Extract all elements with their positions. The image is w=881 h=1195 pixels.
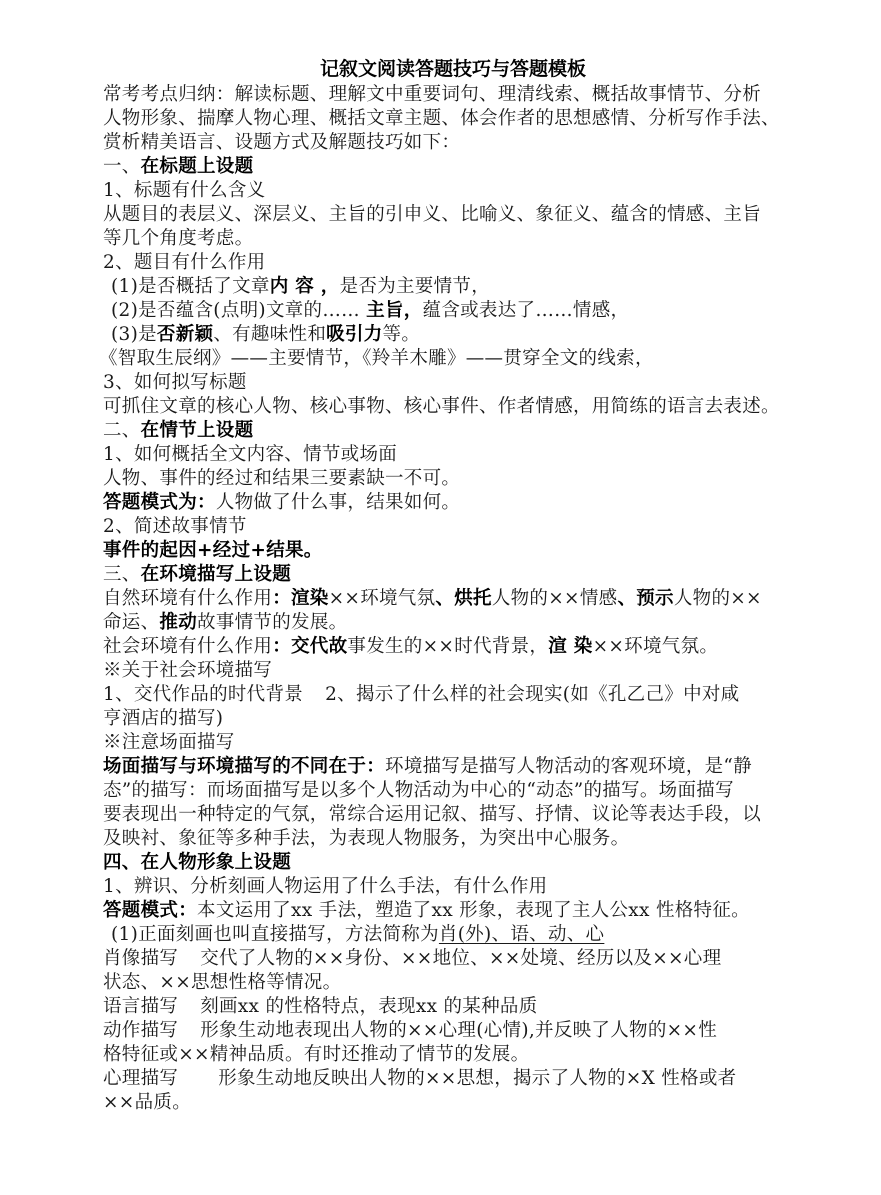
s4-portrait-line-2: 状态、××思想性格等情况。: [103, 971, 803, 995]
s4-action-line-1: 动作描写形象生动地表现出人物的××心理(心情),并反映了人物的××性: [103, 1019, 803, 1043]
s2-answer-2: 事件的起因+经过+结果。: [103, 539, 803, 563]
intro-line-2: 人物形象、揣摩人物心理、概括文章主题、体会作者的思想感情、分析写作手法、: [103, 107, 803, 131]
s4-point-1: (1)正面刻画也叫直接描写，方法简称为肖(外)、语、动、心: [103, 923, 803, 947]
s4-speech-line: 语言描写刻画xx 的性格特点，表现xx 的某种品质: [103, 995, 803, 1019]
s3-nature-line-2: 命运、推动故事情节的发展。: [103, 611, 803, 635]
s3-scene-line-1: 场面描写与环境描写的不同在于：环境描写是描写人物活动的客观环境，是“静: [103, 755, 803, 779]
s4-mind-line-2: ××品质。: [103, 1091, 803, 1115]
s1-question-1: 1、标题有什么含义: [103, 179, 803, 203]
s3-nature-line-1: 自然环境有什么作用：渲染××环境气氛、烘托人物的××情感、预示人物的××: [103, 587, 803, 611]
s4-action-line-2: 格特征或××精神品质。有时还推动了情节的发展。: [103, 1043, 803, 1067]
s4-mind-line-1: 心理描写形象生动地反映出人物的××思想，揭示了人物的×X 性格或者: [103, 1067, 803, 1091]
s3-society-line: 社会环境有什么作用：交代故事发生的××时代背景，渲 染××环境气氛。: [103, 635, 803, 659]
s1-point-2: (2)是否蕴含(点明)文章的…… 主旨，蕴含或表达了……情感，: [103, 299, 803, 323]
section-1-heading: 一、在标题上设题: [103, 155, 803, 179]
s1-answer-1a: 从题目的表层义、深层义、主旨的引申义、比喻义、象征义、蕴含的情感、主旨: [103, 203, 803, 227]
s3-scene-line-4: 及映衬、象征等多种手法，为表现人物服务，为突出中心服务。: [103, 827, 803, 851]
s3-note-1: ※关于社会环境描写: [103, 659, 803, 683]
s1-example: 《智取生辰纲》——主要情节，《羚羊木雕》——贯穿全文的线索，: [99, 347, 803, 371]
s2-answer-mode: 答题模式为：人物做了什么事，结果如何。: [103, 491, 803, 515]
section-3-heading: 三、在环境描写上设题: [103, 563, 803, 587]
document-page: 记叙文阅读答题技巧与答题模板 常考考点归纳：解读标题、理解文中重要词句、理清线索…: [103, 56, 803, 1115]
s4-portrait-line-1: 肖像描写交代了人物的××身份、××地位、××处境、经历以及××心理: [103, 947, 803, 971]
section-2-heading: 二、在情节上设题: [103, 419, 803, 443]
s2-question-1: 1、如何概括全文内容、情节或场面: [103, 443, 803, 467]
s2-answer-1: 人物、事件的经过和结果三要素缺一不可。: [103, 467, 803, 491]
s1-question-3: 3、如何拟写标题: [103, 371, 803, 395]
s1-question-2: 2、题目有什么作用: [103, 251, 803, 275]
section-4-heading: 四、在人物形象上设题: [103, 851, 803, 875]
s3-scene-line-2: 态”的描写：而场面描写是以多个人物活动为中心的“动态”的描写。场面描写: [103, 779, 803, 803]
s2-question-2: 2、简述故事情节: [103, 515, 803, 539]
s3-scene-line-3: 要表现出一种特定的气氛，常综合运用记叙、描写、抒情、议论等表达手段，以: [103, 803, 803, 827]
s3-note-1-cont: 亨酒店的描写): [103, 707, 803, 731]
intro-line-3: 赏析精美语言、设题方式及解题技巧如下：: [103, 131, 803, 155]
s1-point-3: (3)是否新颖、有趣味性和吸引力等。: [103, 323, 803, 347]
s1-answer-1b: 等几个角度考虑。: [103, 227, 803, 251]
s4-question-1: 1、辨识、分析刻画人物运用了什么手法，有什么作用: [103, 875, 803, 899]
s1-point-1: (1)是否概括了文章内 容 ，是否为主要情节，: [103, 275, 803, 299]
s3-note-2: ※注意场面描写: [103, 731, 803, 755]
s4-answer-mode: 答题模式：本文运用了xx 手法，塑造了xx 形象，表现了主人公xx 性格特征。: [103, 899, 803, 923]
document-title: 记叙文阅读答题技巧与答题模板: [103, 56, 803, 83]
s1-answer-3: 可抓住文章的核心人物、核心事物、核心事件、作者情感，用简练的语言去表述。: [103, 395, 803, 419]
s3-note-1-points: 1、交代作品的时代背景2、揭示了什么样的社会现实(如《孔乙己》中对咸: [103, 683, 803, 707]
intro-line-1: 常考考点归纳：解读标题、理解文中重要词句、理清线索、概括故事情节、分析: [103, 83, 803, 107]
